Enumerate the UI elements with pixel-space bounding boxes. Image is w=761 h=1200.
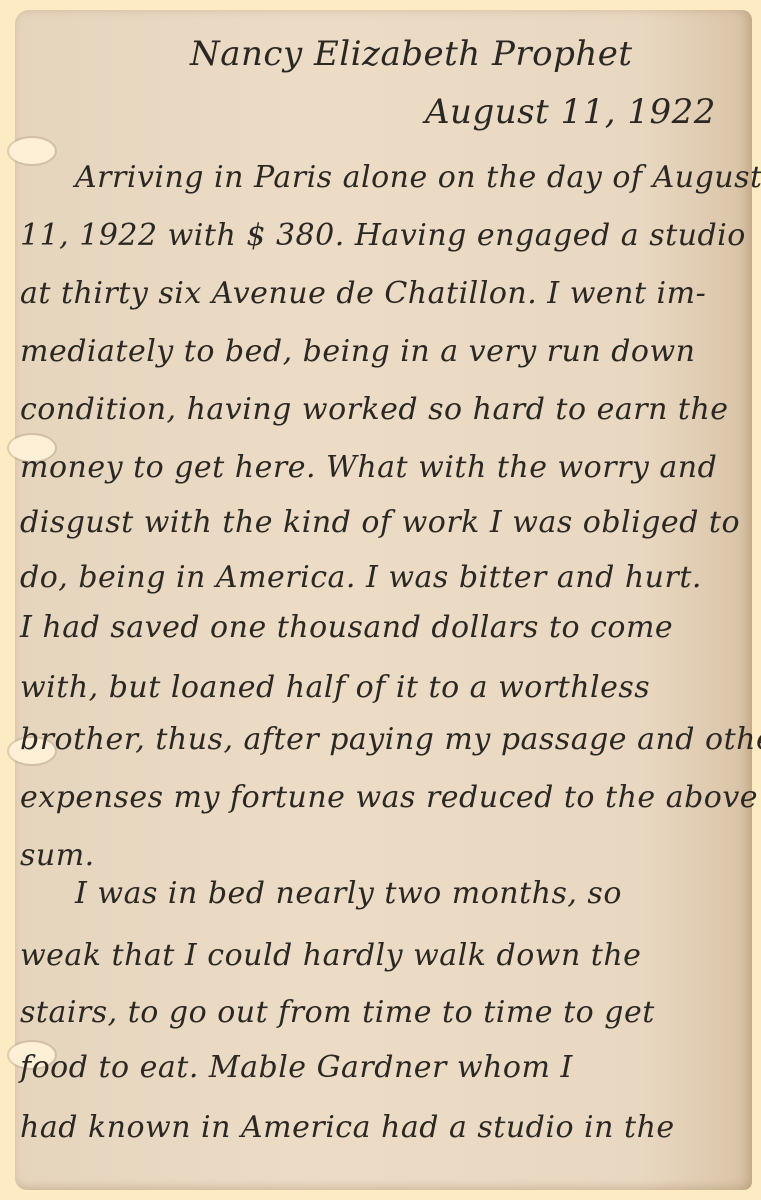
text-line: expenses my fortune was reduced to the a… bbox=[20, 780, 758, 815]
text-line: 11, 1922 with $ 380. Having engaged a st… bbox=[20, 218, 746, 253]
text-line: at thirty six Avenue de Chatillon. I wen… bbox=[20, 276, 706, 311]
entry-date: August 11, 1922 bbox=[425, 92, 716, 132]
text-line: stairs, to go out from time to time to g… bbox=[20, 995, 655, 1030]
text-line: food to eat. Mable Gardner whom I bbox=[20, 1050, 573, 1085]
text-line: weak that I could hardly walk down the bbox=[20, 938, 641, 973]
manuscript-page: Nancy Elizabeth Prophet August 11, 1922 … bbox=[15, 10, 752, 1190]
text-line: Arriving in Paris alone on the day of Au… bbox=[75, 160, 761, 195]
text-line: with, but loaned half of it to a worthle… bbox=[20, 670, 650, 705]
text-line: money to get here. What with the worry a… bbox=[20, 450, 717, 485]
text-line: brother, thus, after paying my passage a… bbox=[20, 722, 761, 757]
text-line: condition, having worked so hard to earn… bbox=[20, 392, 729, 427]
text-line: disgust with the kind of work I was obli… bbox=[20, 505, 740, 540]
text-line: I had saved one thousand dollars to come bbox=[20, 610, 673, 645]
text-line: sum. bbox=[20, 838, 95, 873]
text-line: do, being in America. I was bitter and h… bbox=[20, 560, 702, 595]
author-name: Nancy Elizabeth Prophet bbox=[190, 34, 633, 74]
text-line: mediately to bed, being in a very run do… bbox=[20, 334, 695, 369]
text-line: I was in bed nearly two months, so bbox=[75, 876, 622, 911]
text-line: had known in America had a studio in the bbox=[20, 1110, 675, 1145]
punch-hole bbox=[9, 138, 55, 164]
